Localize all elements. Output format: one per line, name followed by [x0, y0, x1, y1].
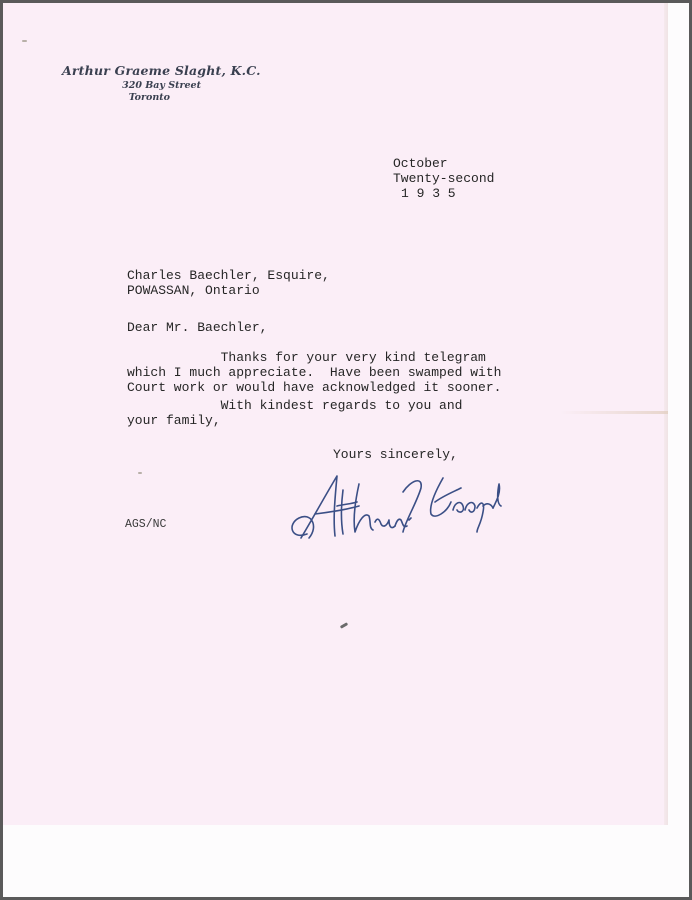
paper-speck	[138, 472, 142, 474]
salutation: Dear Mr. Baechler,	[127, 320, 267, 335]
body-line: your family,	[127, 413, 462, 428]
recipient-address: Charles Baechler, Esquire,POWASSAN, Onta…	[127, 268, 330, 298]
letterhead-address: 320 Bay Street	[62, 80, 277, 91]
body-line: Court work or would have acknowledged it…	[127, 380, 501, 395]
fold-crease	[560, 411, 668, 414]
recipient-line-2: POWASSAN, Ontario	[127, 283, 330, 298]
letter-date: OctoberTwenty-second1 9 3 5	[393, 156, 494, 201]
body-line: With kindest regards to you and	[127, 398, 462, 413]
handwritten-signature	[285, 462, 525, 548]
paper-speck	[22, 40, 27, 42]
body-paragraph-2: With kindest regards to you andyour fami…	[127, 398, 462, 428]
letterhead-name: Arthur Graeme Slaght, K.C.	[62, 63, 277, 78]
letterhead: Arthur Graeme Slaght, K.C. 320 Bay Stree…	[62, 63, 277, 103]
closing: Yours sincerely,	[333, 447, 458, 462]
body-paragraph-1: Thanks for your very kind telegramwhich …	[127, 350, 501, 395]
recipient-line-1: Charles Baechler, Esquire,	[127, 268, 330, 283]
date-month: October	[393, 156, 494, 171]
body-line: which I much appreciate. Have been swamp…	[127, 365, 501, 380]
reference-initials: AGS/NC	[125, 517, 166, 532]
page-edge	[664, 3, 668, 825]
letterhead-city: Toronto	[62, 92, 277, 103]
date-year: 1 9 3 5	[393, 186, 494, 201]
body-line: Thanks for your very kind telegram	[127, 350, 501, 365]
date-day: Twenty-second	[393, 171, 494, 186]
